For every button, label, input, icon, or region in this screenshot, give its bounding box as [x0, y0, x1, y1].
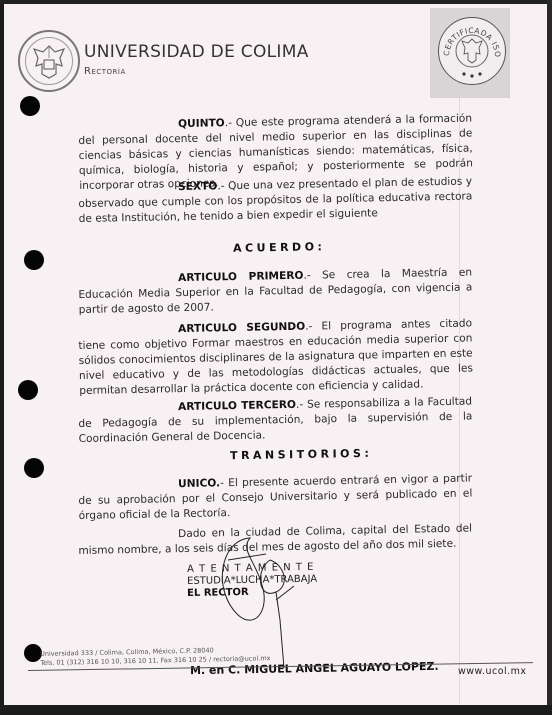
- hole-punch-mark: [24, 250, 44, 270]
- paragraph-unico: UNICO.- El presente acuerdo entrará en v…: [78, 471, 473, 524]
- svg-text:CERTIFICADA ISO 9001:2000: CERTIFICADA ISO 9001:2000: [439, 18, 502, 58]
- department-name: Rectoría: [84, 66, 126, 77]
- paragraph-articulo-primero: ARTICULO PRIMERO.- Se crea la Maestría e…: [78, 265, 473, 318]
- hole-punch-mark: [20, 96, 40, 116]
- acuerdo-heading: ACUERDO:: [233, 240, 326, 255]
- paragraph-articulo-tercero: ARTICULO TERCERO.- Se responsabiliza a l…: [78, 394, 473, 447]
- scan-border-right: [547, 0, 552, 715]
- footer-website: www.ucol.mx: [458, 666, 527, 677]
- university-seal-icon: [18, 30, 80, 92]
- paragraph-sexto: SEXTO.- Que una vez presentado el plan d…: [78, 174, 473, 227]
- unico-text: - El presente acuerdo entrará en vigor a…: [78, 472, 472, 522]
- articulo-segundo-label: ARTICULO SEGUNDO: [178, 321, 305, 335]
- iso-seal-text: CERTIFICADA ISO 9001:2000: [439, 18, 502, 58]
- quinto-label: QUINTO: [178, 117, 225, 130]
- unico-label: UNICO.: [178, 477, 220, 490]
- transitorios-heading: TRANSITORIOS:: [230, 447, 373, 462]
- scan-border-bottom: [0, 705, 552, 715]
- sexto-label: SEXTO: [178, 180, 218, 193]
- hole-punch-mark: [18, 380, 38, 400]
- iso-certification-seal-icon: CERTIFICADA ISO 9001:2000: [438, 17, 506, 85]
- articulo-primero-label: ARTICULO PRIMERO: [178, 270, 304, 284]
- hole-punch-mark: [24, 458, 44, 478]
- institution-name: UNIVERSIDAD DE COLIMA: [84, 42, 309, 62]
- articulo-tercero-label: ARTICULO TERCERO: [178, 399, 296, 413]
- paragraph-articulo-segundo: ARTICULO SEGUNDO.- El programa antes cit…: [78, 316, 473, 399]
- sexto-text: .- Que una vez presentado el plan de est…: [78, 175, 472, 225]
